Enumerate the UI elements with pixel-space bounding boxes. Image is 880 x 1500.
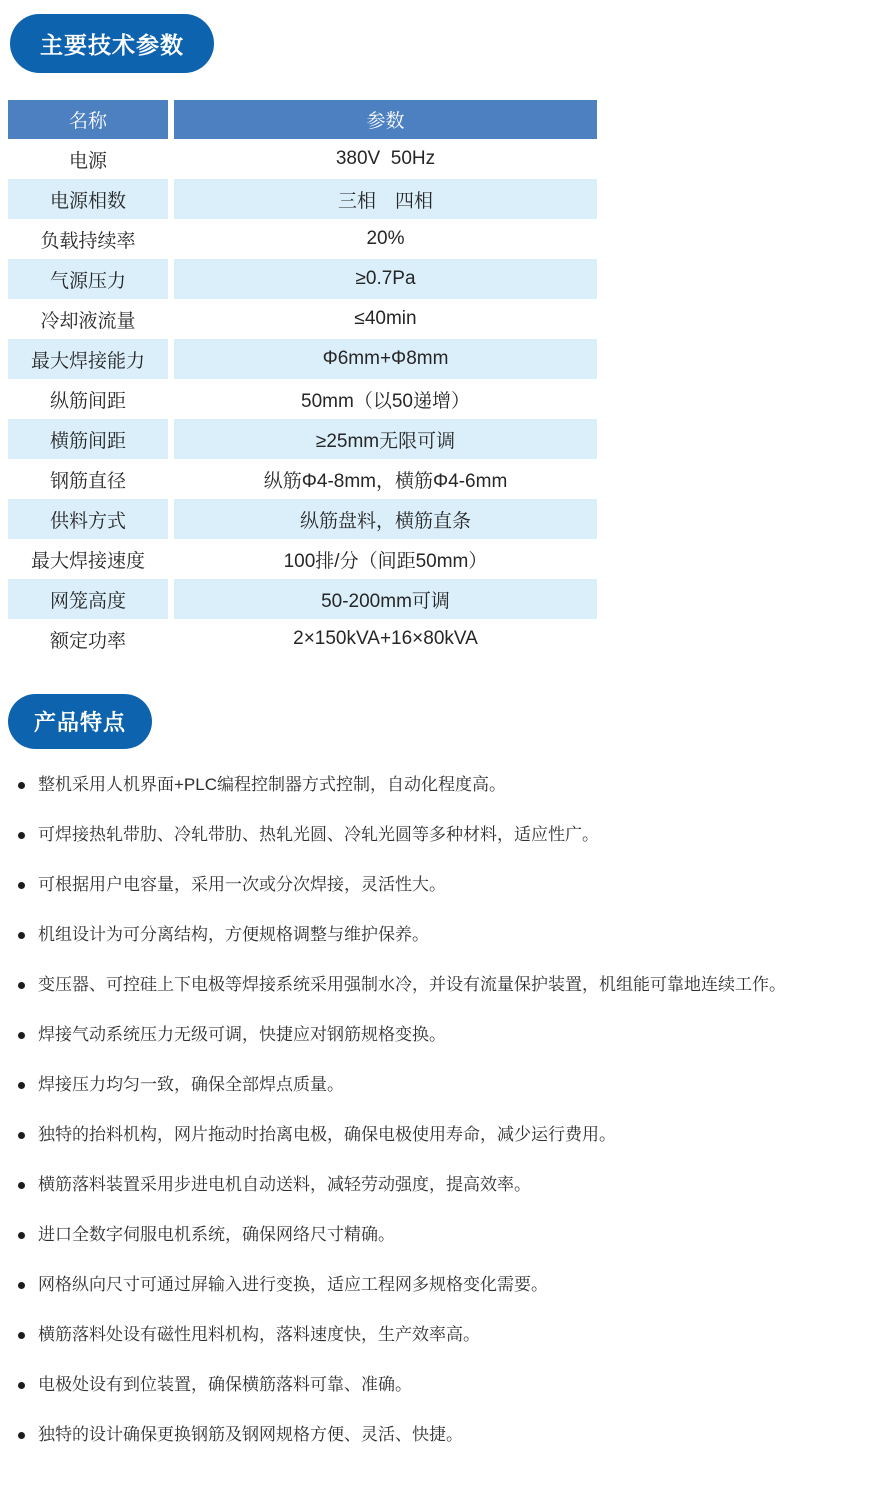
- bullet-icon: [18, 1232, 25, 1239]
- list-item: 独特的抬料机构，网片拖动时抬离电极，确保电极使用寿命，减少运行费用。: [18, 1123, 868, 1147]
- table-row: 气源压力 ≥0.7Pa: [8, 259, 597, 299]
- spec-value: ≥0.7Pa: [174, 259, 597, 299]
- bullet-icon: [18, 1032, 25, 1039]
- spec-name: 额定功率: [8, 619, 168, 659]
- list-item: 变压器、可控硅上下电极等焊接系统采用强制水冷，并设有流量保护装置，机组能可靠地连…: [18, 973, 868, 997]
- spec-name: 电源相数: [8, 179, 168, 219]
- spec-name: 纵筋间距: [8, 379, 168, 419]
- specs-table-header-row: 名称 参数: [8, 100, 597, 139]
- table-row: 电源相数 三相 四相: [8, 179, 597, 219]
- spec-name: 横筋间距: [8, 419, 168, 459]
- list-item: 可焊接热轧带肋、冷轧带肋、热轧光圆、冷轧光圆等多种材料，适应性广。: [18, 823, 868, 847]
- list-item: 进口全数字伺服电机系统，确保网络尺寸精确。: [18, 1223, 868, 1247]
- features-list: 整机采用人机界面+PLC编程控制器方式控制，自动化程度高。 可焊接热轧带肋、冷轧…: [18, 773, 880, 1447]
- feature-text: 焊接压力均匀一致，确保全部焊点质量。: [38, 1073, 344, 1097]
- table-row: 横筋间距 ≥25mm无限可调: [8, 419, 597, 459]
- list-item: 焊接压力均匀一致，确保全部焊点质量。: [18, 1073, 868, 1097]
- list-item: 可根据用户电容量，采用一次或分次焊接，灵活性大。: [18, 873, 868, 897]
- bullet-icon: [18, 1432, 25, 1439]
- spec-value: Φ6mm+Φ8mm: [174, 339, 597, 379]
- specs-table-header-value: 参数: [174, 100, 597, 139]
- feature-text: 进口全数字伺服电机系统，确保网络尺寸精确。: [38, 1223, 395, 1247]
- bullet-icon: [18, 832, 25, 839]
- spec-name: 钢筋直径: [8, 459, 168, 499]
- feature-text: 变压器、可控硅上下电极等焊接系统采用强制水冷，并设有流量保护装置，机组能可靠地连…: [38, 973, 786, 997]
- feature-text: 机组设计为可分离结构，方便规格调整与维护保养。: [38, 923, 429, 947]
- spec-name: 电源: [8, 139, 168, 179]
- spec-name: 最大焊接能力: [8, 339, 168, 379]
- spec-value: ≥25mm无限可调: [174, 419, 597, 459]
- bullet-icon: [18, 1182, 25, 1189]
- spec-name: 最大焊接速度: [8, 539, 168, 579]
- table-row: 钢筋直径 纵筋Φ4-8mm，横筋Φ4-6mm: [8, 459, 597, 499]
- feature-text: 可根据用户电容量，采用一次或分次焊接，灵活性大。: [38, 873, 446, 897]
- spec-name: 网笼高度: [8, 579, 168, 619]
- feature-text: 横筋落料处设有磁性甩料机构，落料速度快，生产效率高。: [38, 1323, 480, 1347]
- spec-value: 纵筋盘料，横筋直条: [174, 499, 597, 539]
- table-row: 最大焊接速度 100排/分（间距50mm）: [8, 539, 597, 579]
- spec-value: 20%: [174, 219, 597, 259]
- feature-text: 可焊接热轧带肋、冷轧带肋、热轧光圆、冷轧光圆等多种材料，适应性广。: [38, 823, 599, 847]
- bullet-icon: [18, 882, 25, 889]
- specs-section: 主要技术参数 名称 参数 电源 380V 50Hz 电源相数 三相 四相 负载持…: [0, 0, 880, 659]
- list-item: 横筋落料处设有磁性甩料机构，落料速度快，生产效率高。: [18, 1323, 868, 1347]
- spec-value: 50mm（以50递增）: [174, 379, 597, 419]
- spec-value: ≤40min: [174, 299, 597, 339]
- feature-text: 独特的抬料机构，网片拖动时抬离电极，确保电极使用寿命，减少运行费用。: [38, 1123, 616, 1147]
- spec-value: 50-200mm可调: [174, 579, 597, 619]
- spec-value: 380V 50Hz: [174, 139, 597, 179]
- spec-name: 供料方式: [8, 499, 168, 539]
- feature-text: 横筋落料装置采用步进电机自动送料，减轻劳动强度，提高效率。: [38, 1173, 531, 1197]
- table-row: 供料方式 纵筋盘料，横筋直条: [8, 499, 597, 539]
- spec-value: 纵筋Φ4-8mm，横筋Φ4-6mm: [174, 459, 597, 499]
- spec-value: 三相 四相: [174, 179, 597, 219]
- features-section: 产品特点 整机采用人机界面+PLC编程控制器方式控制，自动化程度高。 可焊接热轧…: [0, 659, 880, 1447]
- list-item: 电极处设有到位装置，确保横筋落料可靠、准确。: [18, 1373, 868, 1397]
- list-item: 独特的设计确保更换钢筋及钢网规格方便、灵活、快捷。: [18, 1423, 868, 1447]
- specs-table-header-name: 名称: [8, 100, 168, 139]
- spec-name: 气源压力: [8, 259, 168, 299]
- specs-section-badge: 主要技术参数: [10, 14, 214, 73]
- spec-name: 负载持续率: [8, 219, 168, 259]
- spec-value: 2×150kVA+16×80kVA: [174, 619, 597, 659]
- bullet-icon: [18, 1382, 25, 1389]
- bullet-icon: [18, 982, 25, 989]
- feature-text: 焊接气动系统压力无级可调，快捷应对钢筋规格变换。: [38, 1023, 446, 1047]
- features-section-badge: 产品特点: [8, 694, 152, 749]
- specs-table: 名称 参数 电源 380V 50Hz 电源相数 三相 四相 负载持续率 20% …: [8, 100, 597, 659]
- table-row: 电源 380V 50Hz: [8, 139, 597, 179]
- table-row: 额定功率 2×150kVA+16×80kVA: [8, 619, 597, 659]
- bullet-icon: [18, 1082, 25, 1089]
- table-row: 最大焊接能力 Φ6mm+Φ8mm: [8, 339, 597, 379]
- spec-value: 100排/分（间距50mm）: [174, 539, 597, 579]
- feature-text: 网格纵向尺寸可通过屏输入进行变换，适应工程网多规格变化需要。: [38, 1273, 548, 1297]
- feature-text: 整机采用人机界面+PLC编程控制器方式控制，自动化程度高。: [38, 773, 506, 797]
- bullet-icon: [18, 782, 25, 789]
- table-row: 纵筋间距 50mm（以50递增）: [8, 379, 597, 419]
- bullet-icon: [18, 932, 25, 939]
- bullet-icon: [18, 1282, 25, 1289]
- list-item: 整机采用人机界面+PLC编程控制器方式控制，自动化程度高。: [18, 773, 868, 797]
- bullet-icon: [18, 1132, 25, 1139]
- table-row: 冷却液流量 ≤40min: [8, 299, 597, 339]
- table-row: 网笼高度 50-200mm可调: [8, 579, 597, 619]
- list-item: 横筋落料装置采用步进电机自动送料，减轻劳动强度，提高效率。: [18, 1173, 868, 1197]
- list-item: 机组设计为可分离结构，方便规格调整与维护保养。: [18, 923, 868, 947]
- list-item: 焊接气动系统压力无级可调，快捷应对钢筋规格变换。: [18, 1023, 868, 1047]
- list-item: 网格纵向尺寸可通过屏输入进行变换，适应工程网多规格变化需要。: [18, 1273, 868, 1297]
- feature-text: 独特的设计确保更换钢筋及钢网规格方便、灵活、快捷。: [38, 1423, 463, 1447]
- table-row: 负载持续率 20%: [8, 219, 597, 259]
- bullet-icon: [18, 1332, 25, 1339]
- feature-text: 电极处设有到位装置，确保横筋落料可靠、准确。: [38, 1373, 412, 1397]
- spec-name: 冷却液流量: [8, 299, 168, 339]
